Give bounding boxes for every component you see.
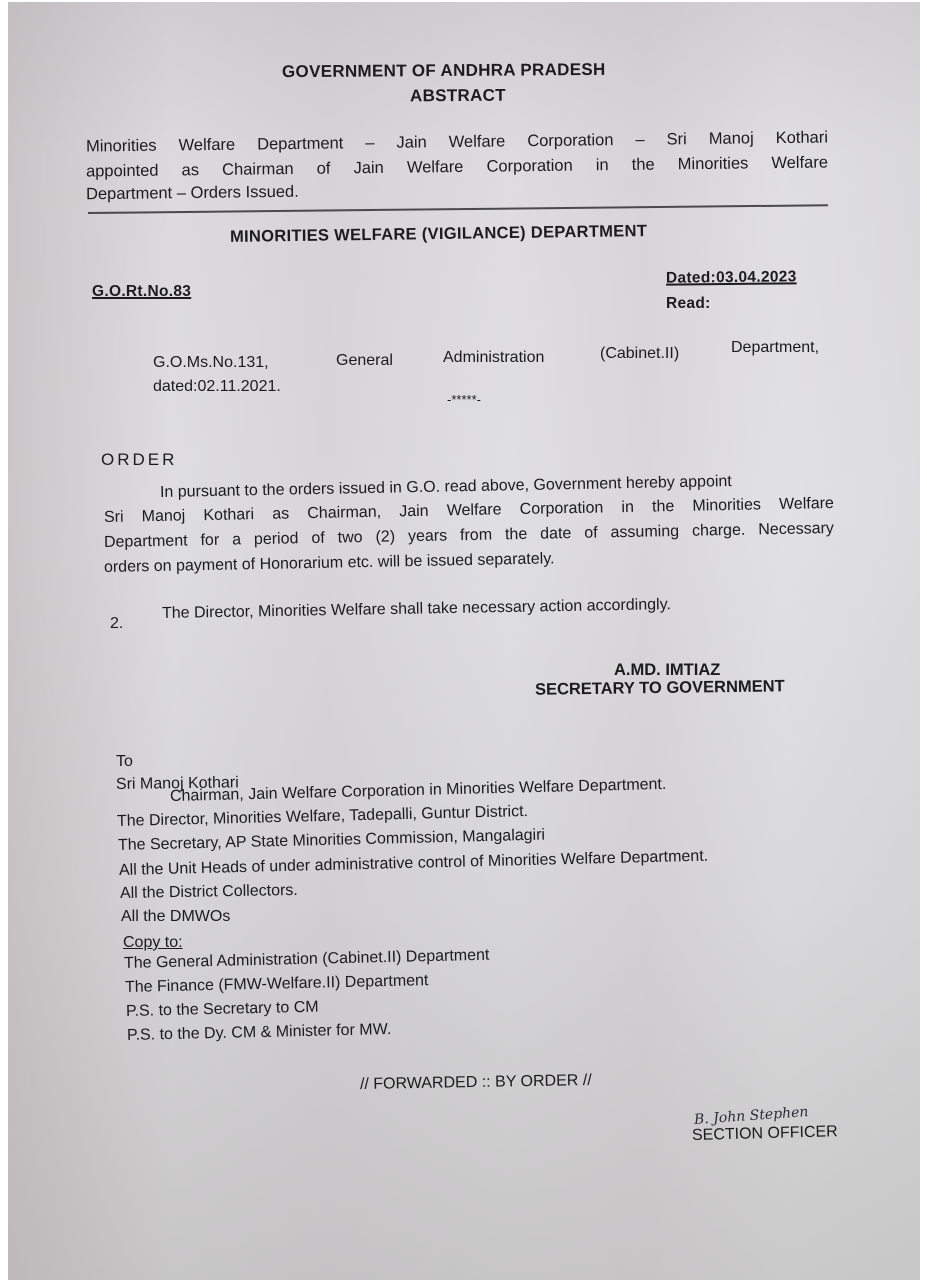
- government-heading: GOVERNMENT OF ANDHRA PRADESH: [282, 60, 606, 82]
- reference-date: dated:02.11.2021.: [153, 378, 281, 396]
- dated: Dated:03.04.2023: [666, 268, 797, 287]
- to-recipient: All the DMWOs: [121, 908, 230, 926]
- to-label: To: [116, 753, 133, 771]
- reference-part: Administration: [443, 349, 544, 367]
- reference-part: Department,: [731, 339, 819, 357]
- reference-part: General: [336, 352, 393, 370]
- go-number: G.O.Rt.No.83: [92, 283, 191, 301]
- subject-line: Department – Orders Issued.: [86, 183, 299, 205]
- signatory-title: SECRETARY TO GOVERNMENT: [535, 677, 785, 699]
- separator: -*****-: [447, 392, 481, 407]
- to-recipient: All the District Collectors.: [120, 882, 298, 903]
- reference-part: G.O.Ms.No.131,: [153, 354, 269, 372]
- paragraph-number: 2.: [110, 615, 123, 633]
- read-label: Read:: [666, 295, 711, 313]
- order-heading: ORDER: [101, 450, 177, 470]
- section-officer-title: SECTION OFFICER: [692, 1123, 838, 1145]
- copy-to-label: Copy to:: [123, 934, 183, 952]
- signatory-name: A.MD. IMTIAZ: [614, 661, 720, 680]
- reference-part: (Cabinet.II): [600, 345, 679, 363]
- abstract-heading: ABSTRACT: [410, 86, 506, 107]
